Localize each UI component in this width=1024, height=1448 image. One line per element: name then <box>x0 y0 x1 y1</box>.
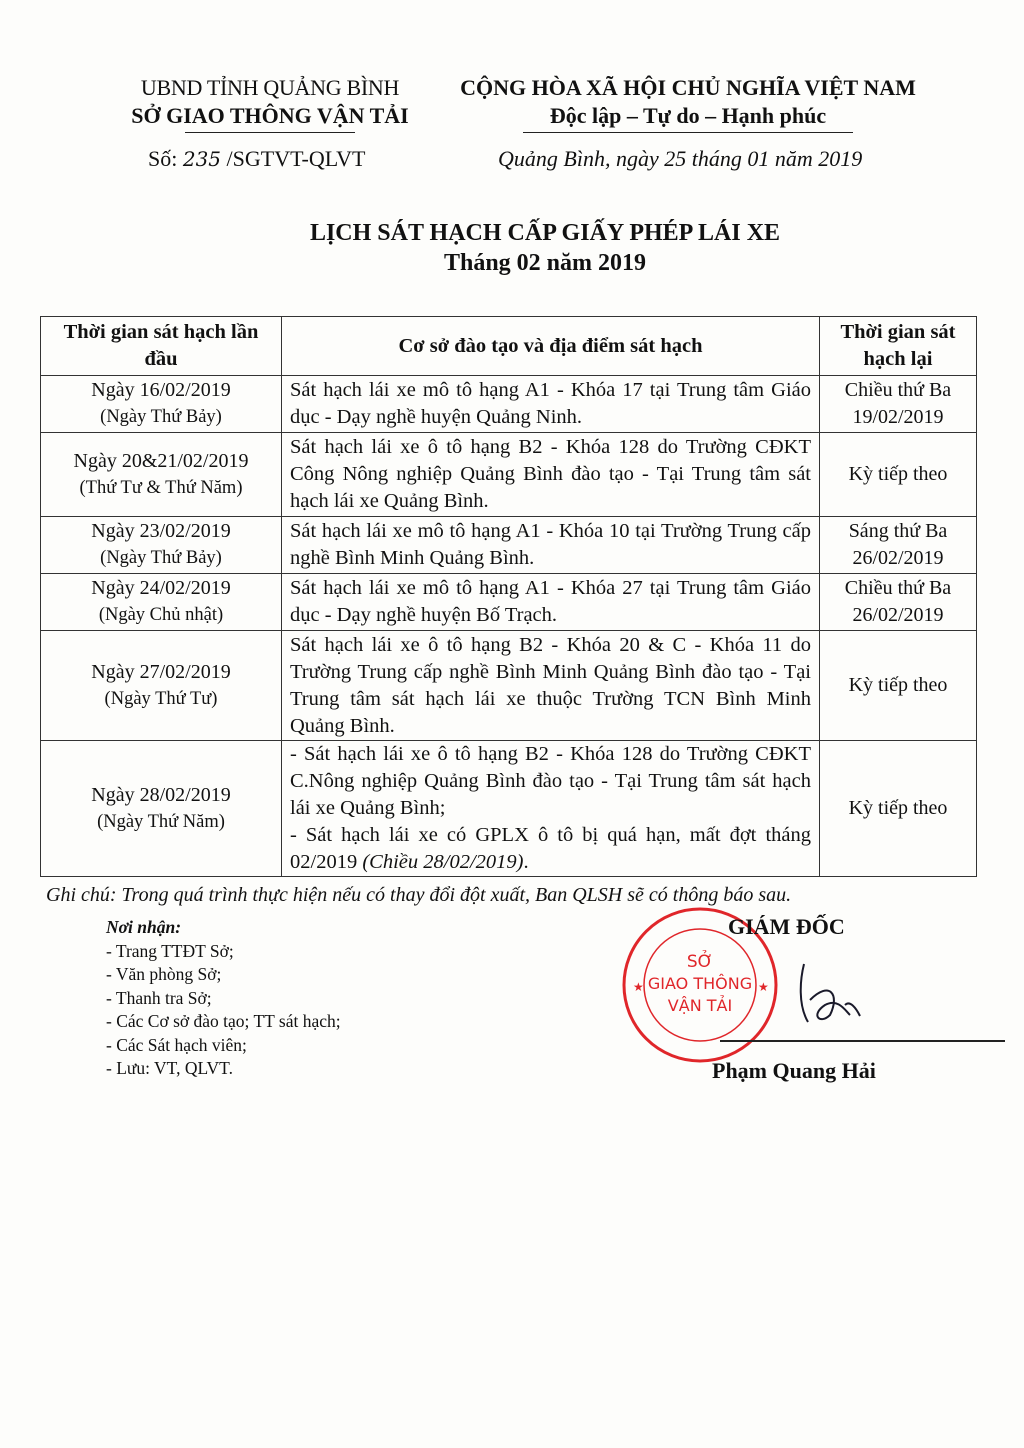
table-row: Ngày 20&21/02/2019(Thứ Tư & Thứ Năm)Sát … <box>41 433 977 517</box>
weekday: (Thứ Tư & Thứ Năm) <box>42 475 280 502</box>
department-name: SỞ GIAO THÔNG VẬN TẢI <box>110 102 430 130</box>
table-row: Ngày 24/02/2019(Ngày Chủ nhật)Sát hạch l… <box>41 574 977 631</box>
test-date: Ngày 28/02/2019(Ngày Thứ Năm) <box>41 741 282 877</box>
province-committee: UBND TỈNH QUẢNG BÌNH <box>110 74 430 102</box>
test-date: Ngày 20&21/02/2019(Thứ Tư & Thứ Năm) <box>41 433 282 517</box>
table-row: Ngày 23/02/2019(Ngày Thứ Bảy)Sát hạch lá… <box>41 517 977 574</box>
test-location: Sát hạch lái xe ô tô hạng B2 - Khóa 20 &… <box>282 631 820 741</box>
retest-time: Chiều thứ Ba 19/02/2019 <box>820 376 977 433</box>
test-location: Sát hạch lái xe ô tô hạng B2 - Khóa 128 … <box>282 433 820 517</box>
document-subtitle: Tháng 02 năm 2019 <box>0 248 1024 278</box>
svg-text:★: ★ <box>758 980 769 994</box>
signature-line <box>720 1040 1005 1042</box>
recipients: Nơi nhận: - Trang TTĐT Sở; - Văn phòng S… <box>106 916 341 1081</box>
svg-text:SỞ: SỞ <box>687 949 713 972</box>
weekday: (Ngày Thứ Bảy) <box>42 545 280 572</box>
weekday: (Ngày Thứ Bảy) <box>42 404 280 431</box>
divider <box>185 132 355 133</box>
retest-time: Kỳ tiếp theo <box>820 741 977 877</box>
test-date: Ngày 24/02/2019(Ngày Chủ nhật) <box>41 574 282 631</box>
signer-title: GIÁM ĐỐC <box>728 914 845 940</box>
table-row: Ngày 28/02/2019(Ngày Thứ Năm)- Sát hạch … <box>41 741 977 877</box>
test-location: Sát hạch lái xe mô tô hạng A1 - Khóa 10 … <box>282 517 820 574</box>
document-title: LỊCH SÁT HẠCH CẤP GIẤY PHÉP LÁI XE Tháng… <box>0 218 1024 278</box>
issuing-authority: UBND TỈNH QUẢNG BÌNH SỞ GIAO THÔNG VẬN T… <box>110 74 430 133</box>
svg-text:GIAO THÔNG: GIAO THÔNG <box>648 974 752 993</box>
recipients-heading: Nơi nhận: <box>106 916 341 940</box>
recipient-item: - Các Cơ sở đào tạo; TT sát hạch; <box>106 1010 341 1034</box>
handwritten-day: 25 <box>664 146 686 171</box>
weekday: (Ngày Thứ Năm) <box>42 809 280 836</box>
place-date: Quảng Bình, ngày 25 tháng 01 năm 2019 <box>498 146 862 172</box>
col-first-test: Thời gian sát hạch lần đầu <box>41 317 282 376</box>
weekday: (Ngày Thứ Tư) <box>42 686 280 713</box>
test-location: Sát hạch lái xe mô tô hạng A1 - Khóa 27 … <box>282 574 820 631</box>
col-retest: Thời gian sát hạch lại <box>820 317 977 376</box>
table-row: Ngày 16/02/2019(Ngày Thứ Bảy)Sát hạch lá… <box>41 376 977 433</box>
national-header: CỘNG HÒA XÃ HỘI CHỦ NGHĨA VIỆT NAM Độc l… <box>428 74 948 133</box>
recipient-item: - Thanh tra Sở; <box>106 987 341 1011</box>
retest-time: Kỳ tiếp theo <box>820 433 977 517</box>
recipient-item: - Lưu: VT, QLVT. <box>106 1057 341 1081</box>
col-location: Cơ sở đào tạo và địa điểm sát hạch <box>282 317 820 376</box>
signature-icon <box>790 960 870 1030</box>
retest-time: Chiều thứ Ba 26/02/2019 <box>820 574 977 631</box>
note: Ghi chú: Trong quá trình thực hiện nếu c… <box>46 884 791 907</box>
table-row: Ngày 27/02/2019(Ngày Thứ Tư)Sát hạch lái… <box>41 631 977 741</box>
test-location: Sát hạch lái xe mô tô hạng A1 - Khóa 17 … <box>282 376 820 433</box>
svg-text:VẬN TẢI: VẬN TẢI <box>668 995 732 1015</box>
test-location: - Sát hạch lái xe ô tô hạng B2 - Khóa 12… <box>282 741 820 877</box>
national-motto: Độc lập – Tự do – Hạnh phúc <box>428 102 948 130</box>
schedule-table: Thời gian sát hạch lần đầu Cơ sở đào tạo… <box>40 316 977 877</box>
weekday: (Ngày Chủ nhật) <box>42 602 280 629</box>
handwritten-number: 235 <box>183 147 221 171</box>
table-header-row: Thời gian sát hạch lần đầu Cơ sở đào tạo… <box>41 317 977 376</box>
test-date: Ngày 16/02/2019(Ngày Thứ Bảy) <box>41 376 282 433</box>
signer-name: Phạm Quang Hải <box>712 1058 876 1084</box>
retest-time: Kỳ tiếp theo <box>820 631 977 741</box>
document-number: Số: 235 /SGTVT-QLVT <box>148 146 366 172</box>
recipient-item: - Văn phòng Sở; <box>106 963 341 987</box>
svg-text:★: ★ <box>633 980 644 994</box>
recipient-item: - Trang TTĐT Sở; <box>106 940 341 964</box>
retest-time: Sáng thứ Ba 26/02/2019 <box>820 517 977 574</box>
national-title: CỘNG HÒA XÃ HỘI CHỦ NGHĨA VIỆT NAM <box>428 74 948 102</box>
test-date: Ngày 23/02/2019(Ngày Thứ Bảy) <box>41 517 282 574</box>
recipient-item: - Các Sát hạch viên; <box>106 1034 341 1058</box>
divider <box>523 132 853 133</box>
test-date: Ngày 27/02/2019(Ngày Thứ Tư) <box>41 631 282 741</box>
